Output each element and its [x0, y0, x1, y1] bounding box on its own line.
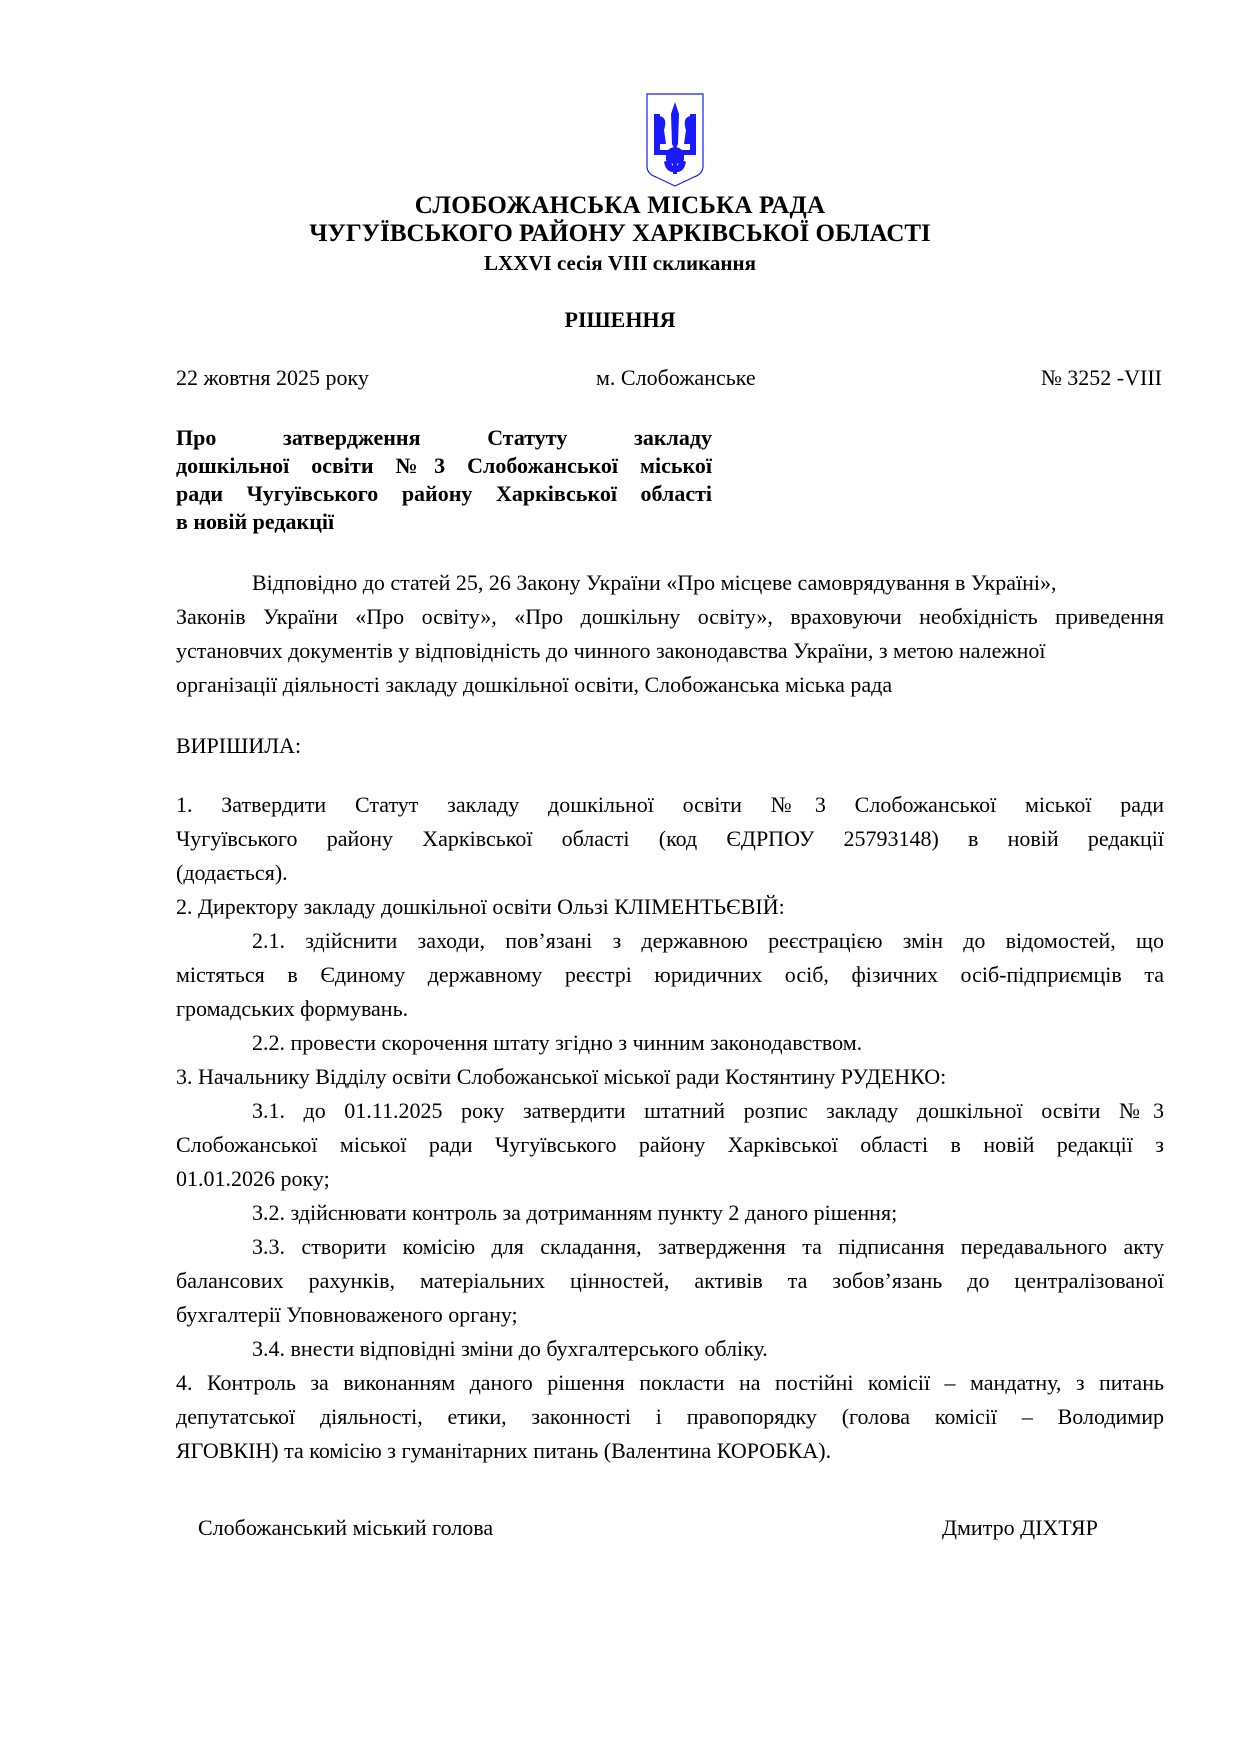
- decision-place: м. Слобожанське: [596, 365, 756, 391]
- preamble-line: установчих документів у відповідність до…: [176, 634, 1164, 668]
- preamble-paragraph: Відповідно до статей 25, 26 Закону Украї…: [176, 566, 1164, 702]
- document-page: СЛОБОЖАНСЬКА МІСЬКА РАДА ЧУГУЇВСЬКОГО РА…: [0, 0, 1240, 1754]
- item-line: 4. Контроль за виконанням даного рішення…: [176, 1366, 1164, 1400]
- item-line: 2.2. провести скорочення штату згідно з …: [176, 1026, 1164, 1060]
- decision-items: 1. Затвердити Статут закладу дошкільної …: [176, 788, 1164, 1468]
- item-line: 3. Начальнику Відділу освіти Слобожанськ…: [176, 1060, 1164, 1094]
- preamble-line: організації діяльності закладу дошкільно…: [176, 668, 1164, 702]
- item-line: 3.4. внести відповідні зміни до бухгалте…: [176, 1332, 1164, 1366]
- decision-number: № 3252 -VIII: [1041, 365, 1162, 391]
- subject-line: ради Чугуївського району Харківської обл…: [176, 480, 712, 508]
- council-name: СЛОБОЖАНСЬКА МІСЬКА РАДА: [0, 192, 1240, 220]
- decided-label: ВИРІШИЛА:: [176, 733, 301, 759]
- district-name: ЧУГУЇВСЬКОГО РАЙОНУ ХАРКІВСЬКОЇ ОБЛАСТІ: [0, 220, 1240, 248]
- item-line: 2. Директору закладу дошкільної освіти О…: [176, 890, 1164, 924]
- item-line: Чугуївського району Харківської області …: [176, 822, 1164, 856]
- item-line: ЯГОВКІН) та комісію з гуманітарних питан…: [176, 1434, 1164, 1468]
- item-line: 3.1. до 01.11.2025 року затвердити штатн…: [176, 1094, 1164, 1128]
- subject-line: в новій редакції: [176, 508, 712, 536]
- item-line: (додається).: [176, 856, 1164, 890]
- document-type-title: РІШЕННЯ: [0, 307, 1240, 333]
- item-line: 3.2. здійснювати контроль за дотриманням…: [176, 1196, 1164, 1230]
- item-line: містяться в Єдиному державному реєстрі ю…: [176, 958, 1164, 992]
- trident-emblem-icon: [644, 92, 706, 188]
- item-line: 2.1. здійснити заходи, пов’язані з держа…: [176, 924, 1164, 958]
- decision-subject: Про затвердження Статуту закладу дошкіль…: [176, 424, 712, 536]
- preamble-line: Законів України «Про освіту», «Про дошкі…: [176, 600, 1164, 634]
- item-line: балансових рахунків, матеріальних ціннос…: [176, 1264, 1164, 1298]
- preamble-line: Відповідно до статей 25, 26 Закону Украї…: [176, 566, 1164, 600]
- subject-line: дошкільної освіти №3 Слобожанської міськ…: [176, 452, 712, 480]
- item-line: громадських формувань.: [176, 992, 1164, 1026]
- item-line: бухгалтерії Уповноваженого органу;: [176, 1298, 1164, 1332]
- item-line: 3.3. створити комісію для складання, зат…: [176, 1230, 1164, 1264]
- item-line: Слобожанської міської ради Чугуївського …: [176, 1128, 1164, 1162]
- signatory-position: Слобожанський міський голова: [198, 1515, 493, 1541]
- decision-date: 22 жовтня 2025 року: [176, 365, 369, 391]
- item-line: депутатської діяльності, етики, законнос…: [176, 1400, 1164, 1434]
- signatory-name: Дмитро ДІХТЯР: [942, 1515, 1098, 1541]
- item-line: 1. Затвердити Статут закладу дошкільної …: [176, 788, 1164, 822]
- subject-line: Про затвердження Статуту закладу: [176, 424, 712, 452]
- session-info: LXXVI сесія VIII скликання: [0, 251, 1240, 276]
- item-line: 01.01.2026 року;: [176, 1162, 1164, 1196]
